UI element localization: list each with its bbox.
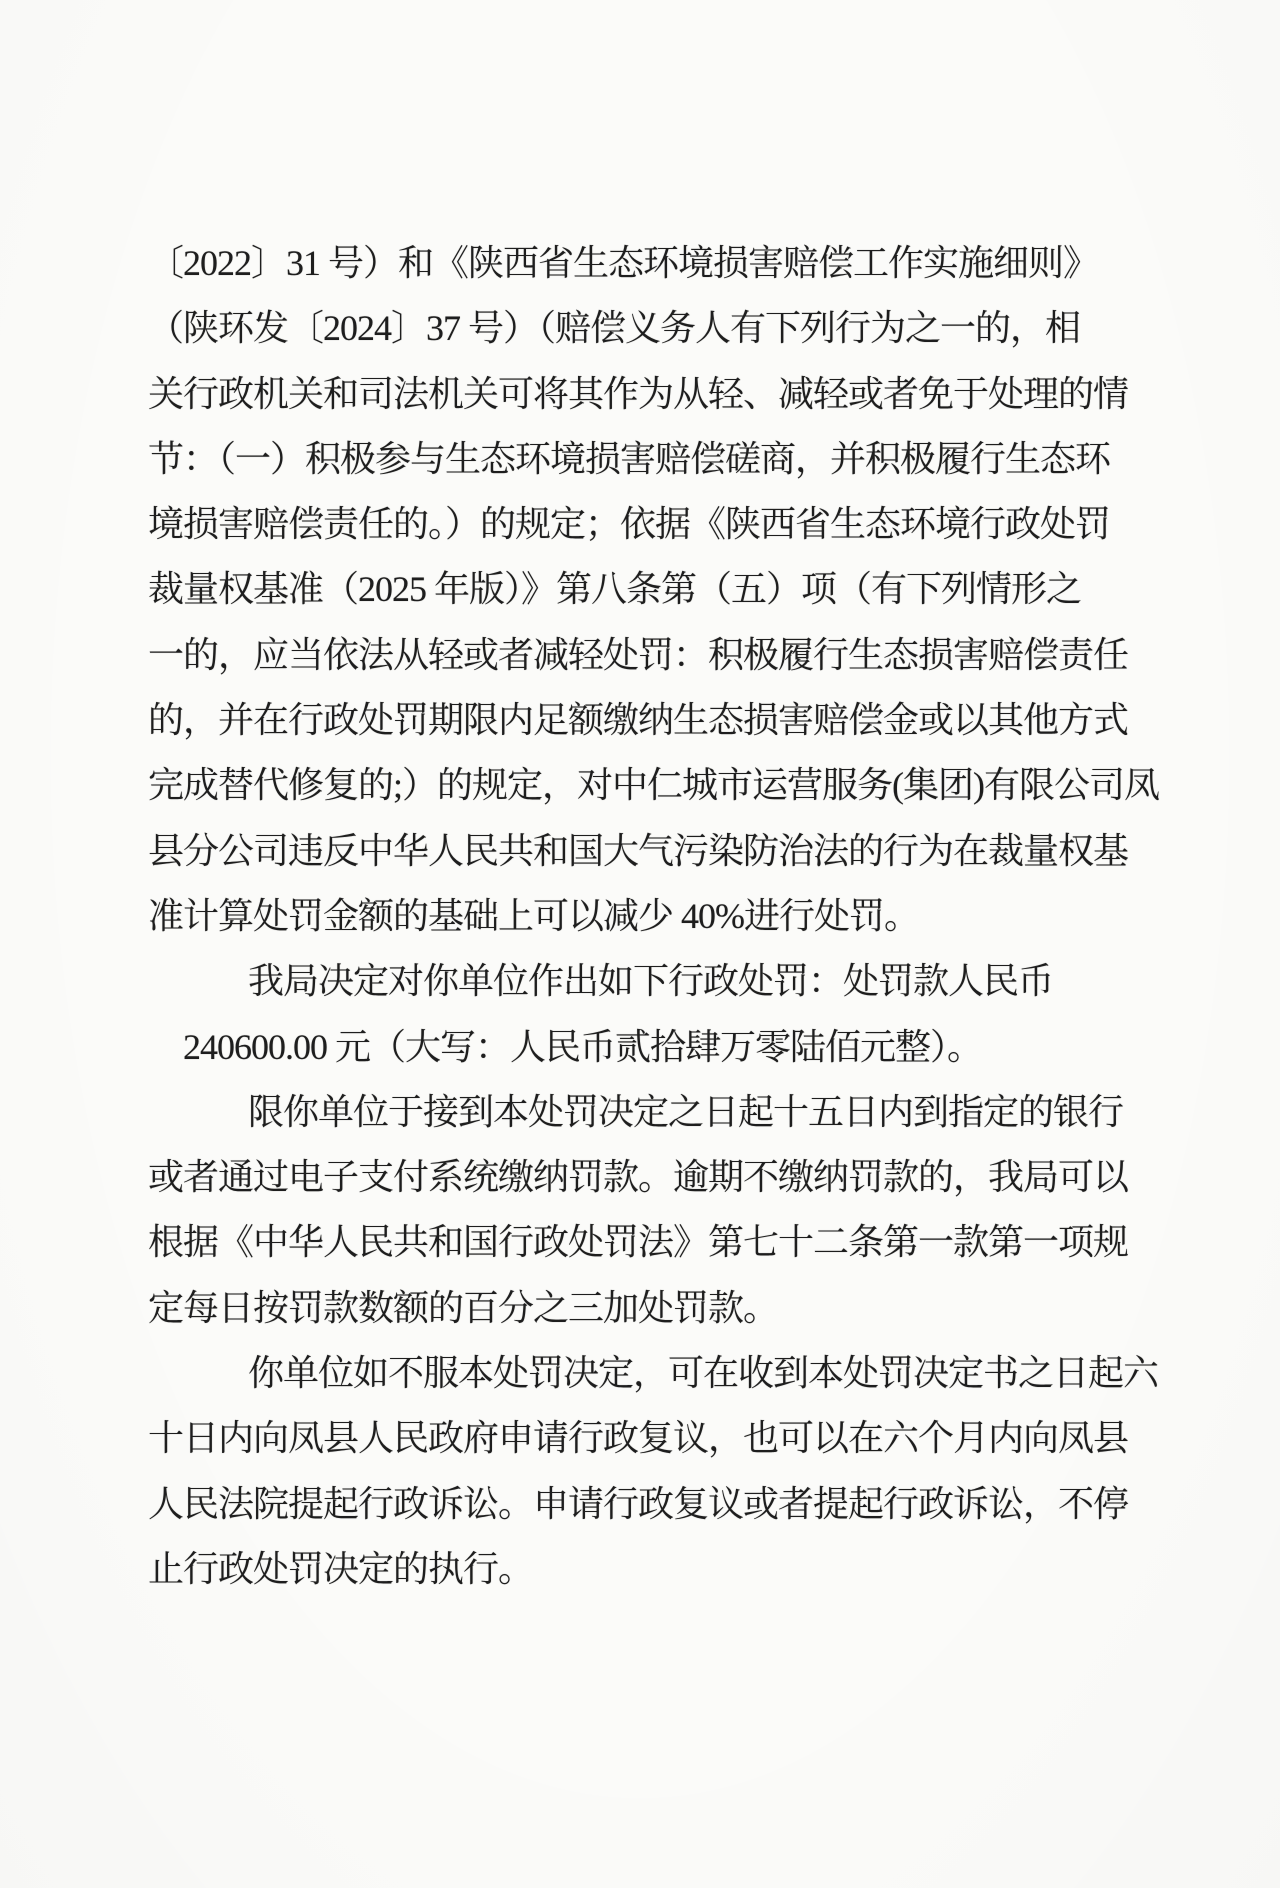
text-line: 你单位如不服本处罚决定，可在收到本处罚决定书之日起六 <box>148 1341 1138 1406</box>
text-line: 节：（一）积极参与生态环境损害赔偿磋商，并积极履行生态环 <box>148 427 1138 492</box>
text-line: 〔2022〕31 号）和《陕西省生态环境损害赔偿工作实施细则》 <box>148 231 1138 296</box>
text-line: （陕环发〔2024〕37 号）（赔偿义务人有下列行为之一的，相 <box>148 296 1138 361</box>
text-line: 240600.00 元（大写：人民币贰拾肆万零陆佰元整）。 <box>148 1015 1138 1080</box>
text-line: 准计算处罚金额的基础上可以减少 40%进行处罚。 <box>148 884 1138 949</box>
text-line: 定每日按罚款数额的百分之三加处罚款。 <box>148 1276 1138 1341</box>
scanned-document-page: 〔2022〕31 号）和《陕西省生态环境损害赔偿工作实施细则》（陕环发〔2024… <box>0 0 1280 1888</box>
text-line: 十日内向凤县人民政府申请行政复议，也可以在六个月内向凤县 <box>148 1406 1138 1471</box>
text-line: 境损害赔偿责任的。）的规定；依据《陕西省生态环境行政处罚 <box>148 492 1138 557</box>
text-line: 县分公司违反中华人民共和国大气污染防治法的行为在裁量权基 <box>148 819 1138 884</box>
text-line: 裁量权基准（2025 年版）》第八条第（五）项（有下列情形之 <box>148 557 1138 622</box>
text-line: 关行政机关和司法机关可将其作为从轻、减轻或者免于处理的情 <box>148 362 1138 427</box>
text-line: 限你单位于接到本处罚决定之日起十五日内到指定的银行 <box>148 1080 1138 1145</box>
text-line: 一的，应当依法从轻或者减轻处罚：积极履行生态损害赔偿责任 <box>148 623 1138 688</box>
text-line: 的，并在行政处罚期限内足额缴纳生态损害赔偿金或以其他方式 <box>148 688 1138 753</box>
text-line: 根据《中华人民共和国行政处罚法》第七十二条第一款第一项规 <box>148 1210 1138 1275</box>
text-line: 完成替代修复的;）的规定，对中仁城市运营服务(集团)有限公司凤 <box>148 753 1138 818</box>
text-line: 我局决定对你单位作出如下行政处罚：处罚款人民币 <box>148 949 1138 1014</box>
document-body-text: 〔2022〕31 号）和《陕西省生态环境损害赔偿工作实施细则》（陕环发〔2024… <box>148 231 1138 1602</box>
text-line: 或者通过电子支付系统缴纳罚款。逾期不缴纳罚款的，我局可以 <box>148 1145 1138 1210</box>
text-line: 人民法院提起行政诉讼。申请行政复议或者提起行政诉讼，不停 <box>148 1472 1138 1537</box>
text-line: 止行政处罚决定的执行。 <box>148 1537 1138 1602</box>
